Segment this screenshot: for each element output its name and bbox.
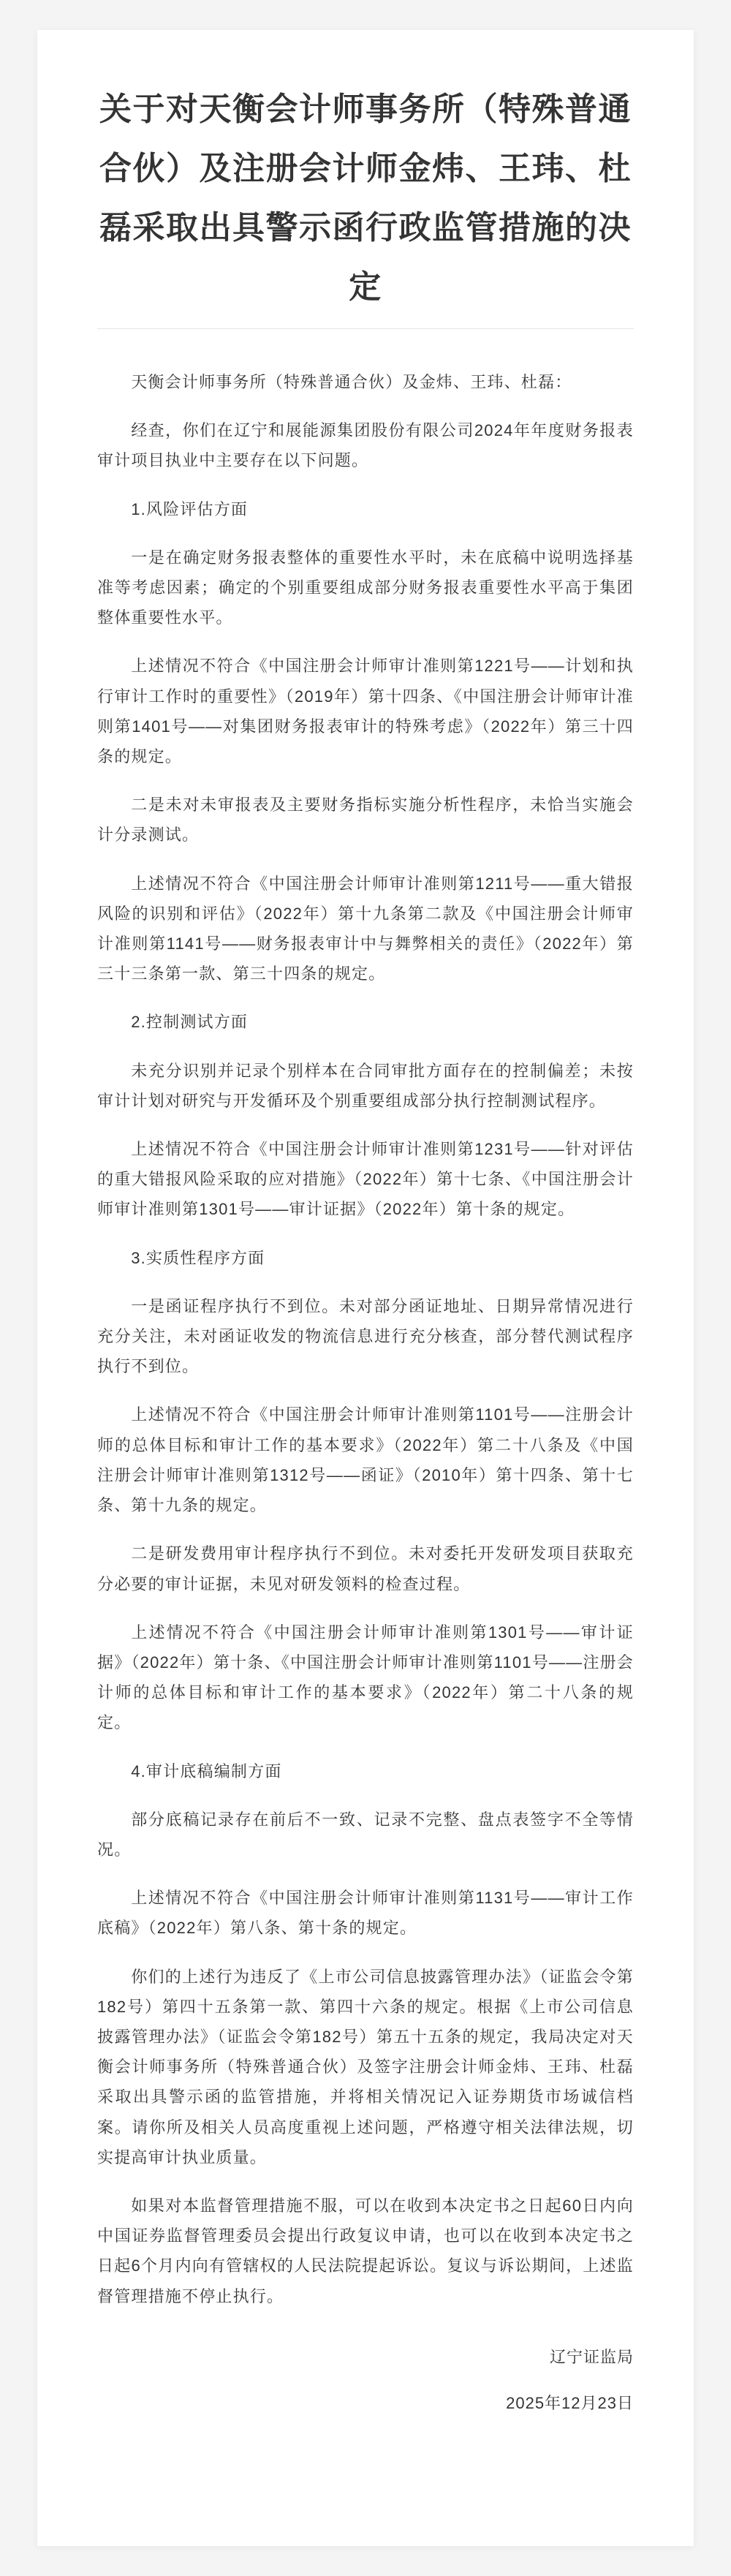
document-title: 关于对天衡会计师事务所（特殊普通合伙）及注册会计师金炜、王玮、杜磊采取出具警示函… <box>97 80 634 317</box>
signature-issuer: 辽宁证监局 <box>97 2342 634 2372</box>
section-heading-control-testing: 2.控制测试方面 <box>97 1007 634 1037</box>
paragraph-findings-intro: 经查，你们在辽宁和展能源集团股份有限公司2024年年度财务报表审计项目执业中主要… <box>97 415 634 475</box>
paragraph: 上述情况不符合《中国注册会计师审计准则第1221号——计划和执行审计工作时的重要… <box>97 651 634 771</box>
paragraph-decision: 你们的上述行为违反了《上市公司信息披露管理办法》（证监会令第182号）第四十五条… <box>97 1962 634 2172</box>
section-heading-risk-assessment: 1.风险评估方面 <box>97 494 634 524</box>
paragraph: 上述情况不符合《中国注册会计师审计准则第1131号——审计工作底稿》（2022年… <box>97 1883 634 1943</box>
section-heading-substantive-procedures: 3.实质性程序方面 <box>97 1243 634 1273</box>
paragraph: 部分底稿记录存在前后不一致、记录不完整、盘点表签字不全等情况。 <box>97 1805 634 1865</box>
signature-date: 2025年12月23日 <box>97 2388 634 2418</box>
paragraph: 上述情况不符合《中国注册会计师审计准则第1231号——针对评估的重大错报风险采取… <box>97 1134 634 1225</box>
salutation: 天衡会计师事务所（特殊普通合伙）及金炜、王玮、杜磊： <box>97 367 634 397</box>
section-heading-working-papers: 4.审计底稿编制方面 <box>97 1756 634 1786</box>
paragraph-appeal-rights: 如果对本监督管理措施不服，可以在收到本决定书之日起60日内向中国证券监督管理委员… <box>97 2191 634 2311</box>
paragraph: 上述情况不符合《中国注册会计师审计准则第1211号——重大错报风险的识别和评估》… <box>97 869 634 989</box>
paragraph: 二是未对未审报表及主要财务指标实施分析性程序，未恰当实施会计分录测试。 <box>97 790 634 850</box>
paragraph: 一是在确定财务报表整体的重要性水平时，未在底稿中说明选择基准等考虑因素；确定的个… <box>97 543 634 633</box>
paragraph: 二是研发费用审计程序执行不到位。未对委托开发研发项目获取充分必要的审计证据，未见… <box>97 1538 634 1598</box>
paragraph: 一是函证程序执行不到位。未对部分函证地址、日期异常情况进行充分关注，未对函证收发… <box>97 1291 634 1382</box>
document-card: 关于对天衡会计师事务所（特殊普通合伙）及注册会计师金炜、王玮、杜磊采取出具警示函… <box>37 30 694 2546</box>
paragraph: 上述情况不符合《中国注册会计师审计准则第1301号——审计证据》（2022年）第… <box>97 1617 634 1738</box>
title-divider <box>97 328 634 329</box>
paragraph: 未充分识别并记录个别样本在合同审批方面存在的控制偏差；未按审计计划对研究与开发循… <box>97 1056 634 1116</box>
document-body: 天衡会计师事务所（特殊普通合伙）及金炜、王玮、杜磊： 经查，你们在辽宁和展能源集… <box>97 367 634 2311</box>
paragraph: 上述情况不符合《中国注册会计师审计准则第1101号——注册会计师的总体目标和审计… <box>97 1400 634 1520</box>
